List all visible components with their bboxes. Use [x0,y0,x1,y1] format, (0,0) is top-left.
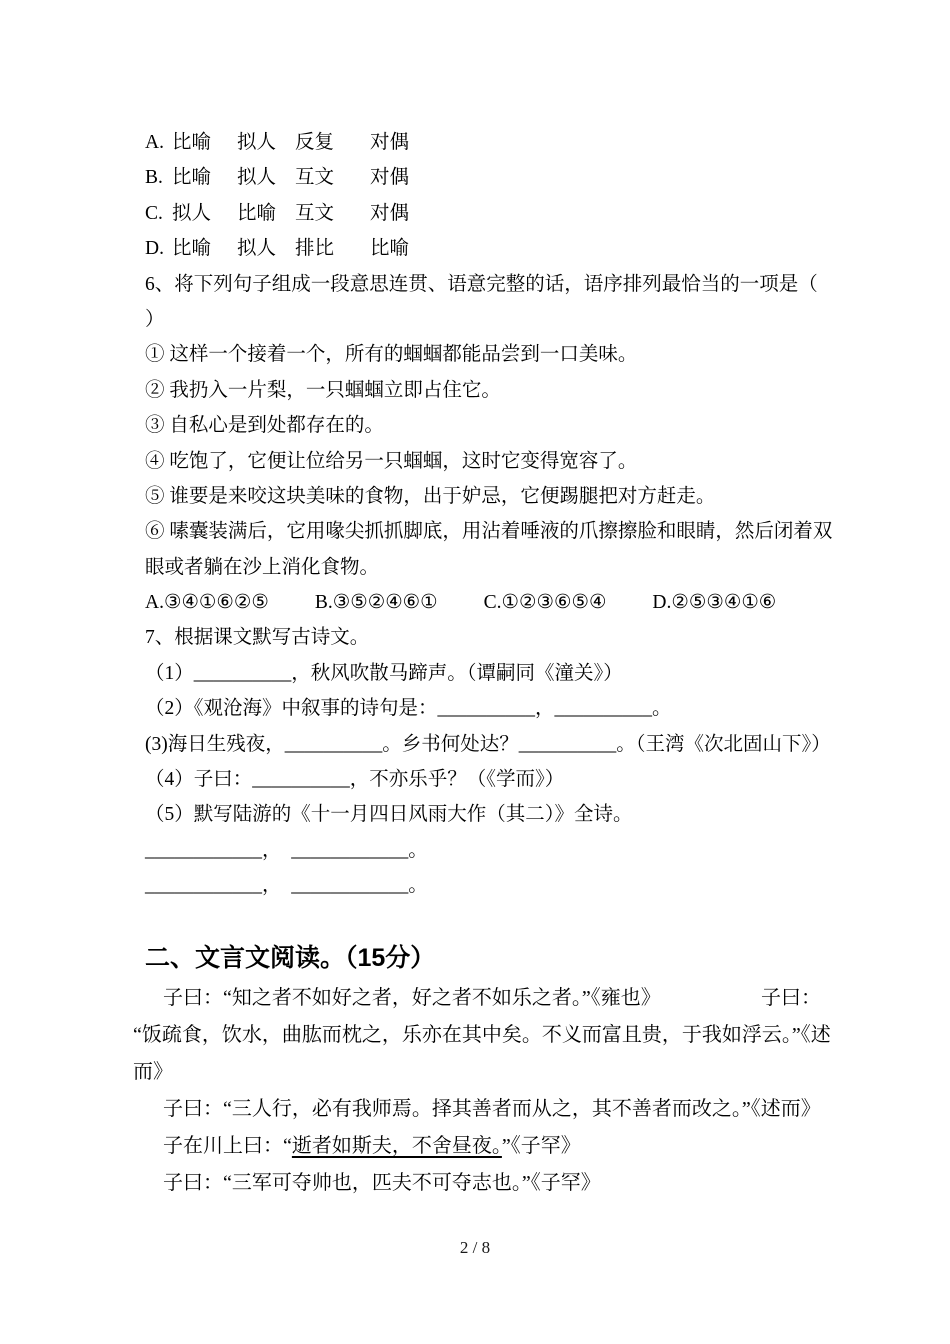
q6-answer-b: B.③⑤②④⑥① [315,585,438,620]
q7-item-2: （2）《观沧海》中叙事的诗句是：__________，__________。 [145,691,821,726]
q6-sentence-1: ① 这样一个接着一个，所有的蝈蝈都能品尝到一口美味。 [145,337,821,372]
passage-line-5: 子在川上曰：“逝者如斯夫，不舍昼夜。”《子罕》 [145,1128,821,1165]
passage-line-6: 子曰：“三军可夺帅也，匹夫不可夺志也。”《子罕》 [145,1165,821,1202]
section2-passage: 子曰：“知之者不如好之者，好之者不如乐之者。”《雍也》 子曰： “饭疏食，饮水，… [145,980,821,1202]
option-item: 对偶 [370,196,409,231]
q7-blank-line-2: ____________， ____________。 [145,868,821,903]
option-item: 比喻 [172,125,237,160]
section2-heading: 二、文言文阅读。（15分） [145,940,821,976]
q6-stem-line2: ） [145,302,821,337]
passage-line-3: 而》 [133,1054,821,1091]
q7-item-4: （4）子曰：__________，不亦乐乎？（《学而》） [145,762,821,797]
passage-line-5-suffix: ”《子罕》 [502,1135,581,1157]
option-item: 拟人 [172,196,237,231]
q7-item-5: （5）默写陆游的《十一月四日风雨大作（其二）》全诗。 [145,797,821,832]
option-label: B. [315,592,333,613]
q5-option-row-d: D.比喻拟人排比比喻 [145,231,821,266]
passage-line-1: 子曰：“知之者不如好之者，好之者不如乐之者。”《雍也》 子曰： [145,980,821,1017]
option-sequence: ②⑤③④①⑥ [671,592,776,613]
option-label: C. [145,196,172,231]
page-number: 2 / 8 [0,1238,950,1258]
q5-option-row-c: C.拟人比喻互文对偶 [145,196,821,231]
q7-item-1: （1）__________，秋风吹散马蹄声。（谭嗣同《潼关》） [145,656,821,691]
option-sequence: ③④①⑥②⑤ [164,592,269,613]
option-item: 比喻 [370,231,409,266]
q6-sentence-6-wrap: 眼或者躺在沙上消化食物。 [145,550,821,585]
option-item: 对偶 [370,160,409,195]
passage-line-4: 子曰：“三人行，必有我师焉。择其善者而从之，其不善者而改之。”《述而》 [145,1091,821,1128]
option-item: 互文 [295,196,370,231]
passage-line-5-prefix: 子在川上曰：“ [163,1135,292,1157]
q6-answer-c: C.①②③⑥⑤④ [484,585,607,620]
passage-line-2: “饭疏食，饮水，曲肱而枕之，乐亦在其中矣。不义而富且贵，于我如浮云。”《述 [133,1017,821,1054]
option-item: 拟人 [237,160,295,195]
option-item: 拟人 [237,231,295,266]
q6-answer-row: A.③④①⑥②⑤ B.③⑤②④⑥① C.①②③⑥⑤④ D.②⑤③④①⑥ [145,585,821,620]
option-label: B. [145,160,172,195]
q6-sentence-6: ⑥ 嗉囊装满后，它用喙尖抓抓脚底，用沾着唾液的爪擦擦脸和眼睛，然后闭着双 [145,514,821,549]
q6-sentence-5: ⑤ 谁要是来咬这块美味的食物，出于妒忌，它便踢腿把对方赶走。 [145,479,821,514]
q7-blank-line-1: ____________， ____________。 [145,833,821,868]
q6-answer-d: D.②⑤③④①⑥ [652,585,776,620]
exam-document-page: A.比喻拟人反复对偶 B.比喻拟人互文对偶 C.拟人比喻互文对偶 D.比喻拟人排… [0,0,950,1344]
option-label: D. [652,592,671,613]
option-item: 比喻 [237,196,295,231]
q6-sentence-4: ④ 吃饱了，它便让位给另一只蝈蝈，这时它变得宽容了。 [145,444,821,479]
option-item: 排比 [295,231,370,266]
q6-stem-line1: 6、将下列句子组成一段意思连贯、语意完整的话，语序排列最恰当的一项是（ [145,267,821,302]
passage-quote-yongye: 子曰：“知之者不如好之者，好之者不如乐之者。”《雍也》 [145,980,661,1017]
option-item: 对偶 [370,125,409,160]
option-label: D. [145,231,172,266]
passage-line-1-right: 子曰： [761,980,821,1017]
option-sequence: ③⑤②④⑥① [333,592,438,613]
q6-sentence-2: ② 我扔入一片梨，一只蝈蝈立即占住它。 [145,373,821,408]
q5-option-row-b: B.比喻拟人互文对偶 [145,160,821,195]
passage-underlined-quote: 逝者如斯夫，不舍昼夜。 [292,1135,502,1157]
q5-option-row-a: A.比喻拟人反复对偶 [145,125,821,160]
option-item: 互文 [295,160,370,195]
option-item: 反复 [295,125,370,160]
page-content: A.比喻拟人反复对偶 B.比喻拟人互文对偶 C.拟人比喻互文对偶 D.比喻拟人排… [145,125,821,1202]
q6-answer-a: A.③④①⑥②⑤ [145,585,269,620]
option-label: C. [484,592,502,613]
option-label: A. [145,592,164,613]
q6-sentence-3: ③ 自私心是到处都存在的。 [145,408,821,443]
option-item: 比喻 [172,160,237,195]
option-sequence: ①②③⑥⑤④ [502,592,607,613]
option-label: A. [145,125,172,160]
option-item: 比喻 [172,231,237,266]
q7-stem: 7、根据课文默写古诗文。 [145,620,821,655]
option-item: 拟人 [237,125,295,160]
q7-item-3: (3)海日生残夜，__________。乡书何处达？__________。（王湾… [145,727,821,762]
